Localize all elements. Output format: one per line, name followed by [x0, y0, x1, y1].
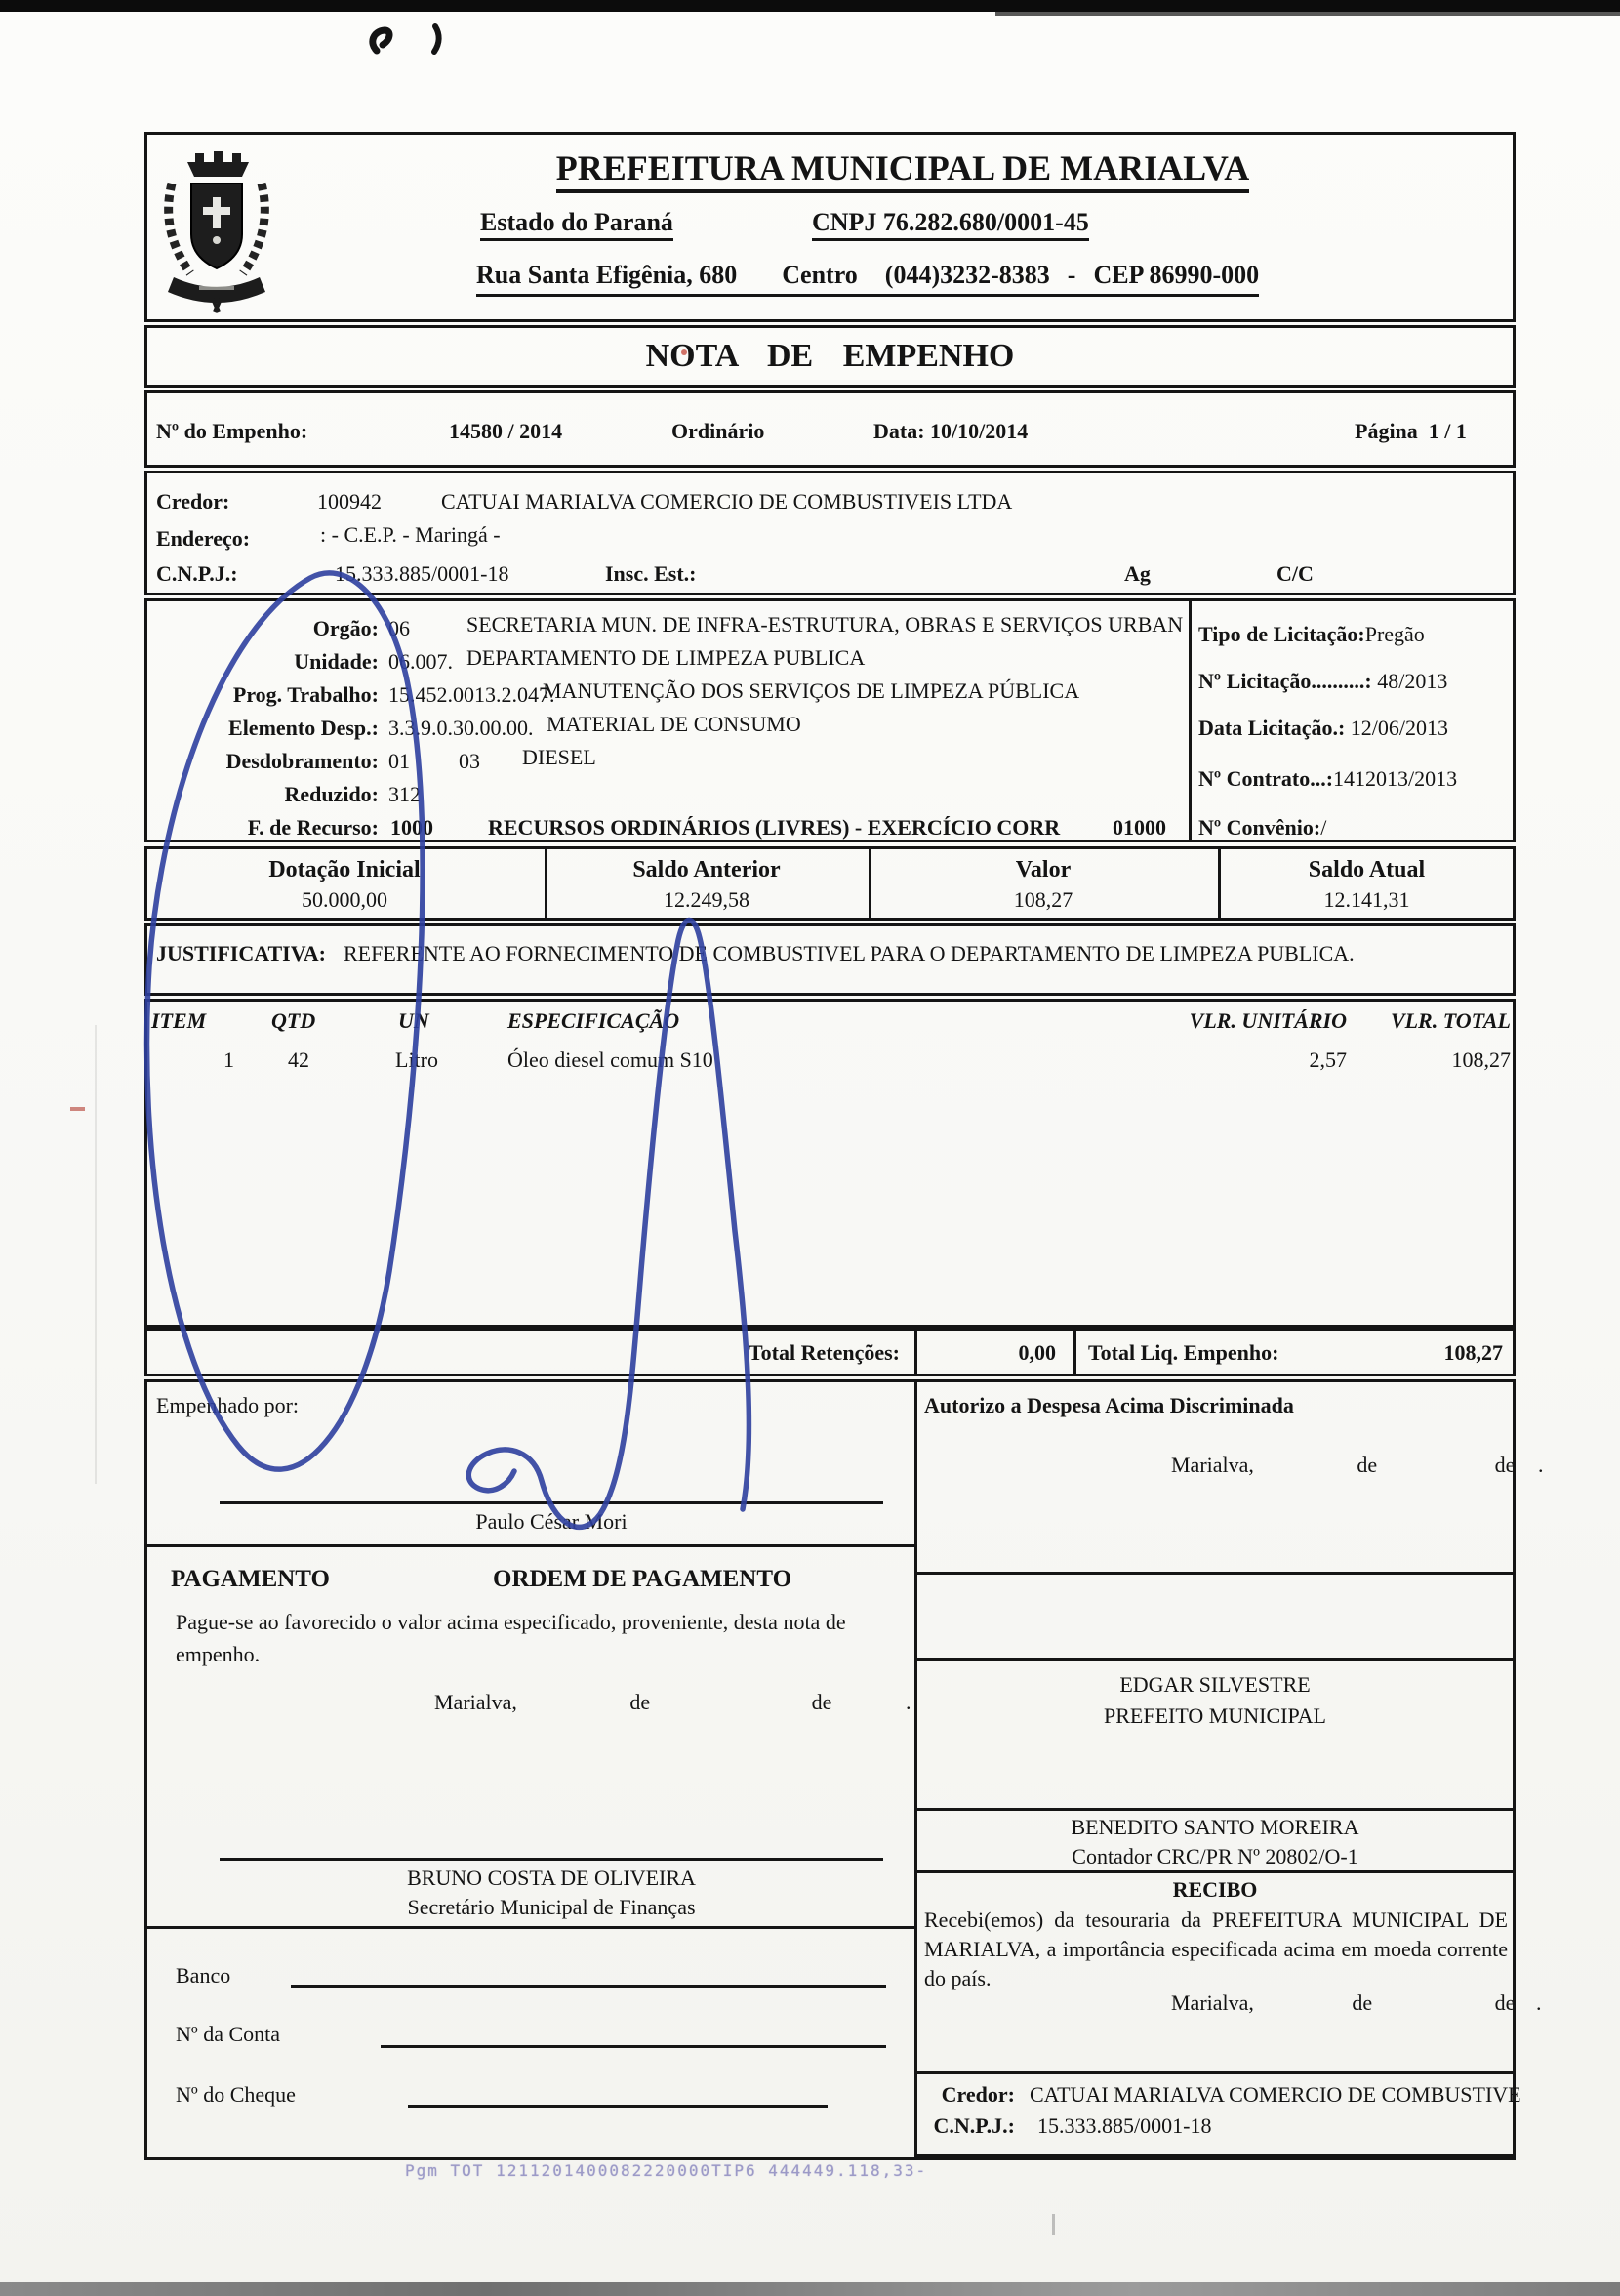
committed-signature-line — [220, 1501, 883, 1504]
empenho-number: 14580 / 2014 — [449, 418, 562, 445]
bidding-contract: Nº Contrato...:1412013/2013 — [1198, 765, 1457, 793]
payment-text: Pague-se ao favorecido o valor acima esp… — [176, 1606, 898, 1670]
budget-row-3-value: 3.3.9.0.30.00.00. — [388, 715, 534, 742]
budget-row-2-desc: MANUTENÇÃO DOS SERVIÇOS DE LIMPEZA PÚBLI… — [543, 677, 1079, 705]
committed-name: Paulo César Mori — [356, 1508, 747, 1536]
authorization-title: Autorizo a Despesa Acima Discriminada — [924, 1392, 1294, 1419]
right-divider-2 — [914, 1658, 1516, 1660]
budget-row-0-desc: SECRETARIA MUN. DE INFRA-ESTRUTURA, OBRA… — [466, 611, 1183, 638]
receipt-cnpj-value: 15.333.885/0001-18 — [1037, 2112, 1211, 2140]
amount-0-label: Dotação Inicial — [144, 855, 545, 884]
letterhead-cnpj: CNPJ 76.282.680/0001-45 — [812, 207, 1089, 239]
net-total-value: 108,27 — [1357, 1339, 1503, 1367]
lower-section — [144, 1379, 1516, 2160]
creditor-address: : - C.E.P. - Maringá - — [320, 521, 501, 549]
committed-by-label: Empenhado por: — [156, 1392, 299, 1419]
receipt-cnpj-label: C.N.P.J.: — [921, 2112, 1015, 2140]
cheque-number-label: Nº do Cheque — [176, 2081, 296, 2109]
scan-fold-line — [95, 1025, 97, 1484]
receipt-creditor-value: CATUAI MARIALVA COMERCIO DE COMBUSTIVE — [1030, 2081, 1521, 2109]
black-ink-marks — [373, 26, 439, 52]
empenho-number-label: Nº do Empenho: — [156, 418, 307, 445]
scanned-document-page: PREFEITURA MUNICIPAL DE MARIALVA Estado … — [0, 0, 1620, 2296]
budget-row-1-value: 06.007. — [388, 648, 453, 676]
receipt-text: Recebi(emos) da tesouraria da PREFEITURA… — [924, 1906, 1508, 1993]
creditor-label: Credor: — [156, 488, 229, 515]
bidding-type: Tipo de Licitação:Pregão — [1198, 621, 1425, 648]
budget-row-4-value: 01 — [388, 748, 410, 775]
bidding-number: Nº Licitação..........: 48/2013 — [1198, 668, 1447, 695]
budget-row-2-label: Prog. Trabalho: — [156, 681, 379, 709]
form-title: NOTA DE EMPENHO — [144, 336, 1516, 378]
budget-row-4-value2: 03 — [459, 748, 480, 775]
accountant-name: BENEDITO SANTO MOREIRA — [963, 1814, 1467, 1841]
budget-row-6-desc: RECURSOS ORDINÁRIOS (LIVRES) - EXERCÍCIO… — [488, 814, 1060, 841]
budget-row-4-label: Desdobramento: — [156, 748, 379, 775]
right-divider-1 — [914, 1572, 1516, 1575]
amount-0-value: 50.000,00 — [144, 886, 545, 914]
receipt-title: RECIBO — [914, 1876, 1516, 1904]
budget-row-3-desc: MATERIAL DE CONSUMO — [547, 711, 801, 738]
amount-3-value: 12.141,31 — [1218, 886, 1516, 914]
budget-row-0-label: Orgão: — [156, 615, 379, 642]
left-divider-2 — [144, 1926, 914, 1929]
receipt-creditor-box-bottom — [914, 2154, 1516, 2157]
address-phone: (044)3232-8383 — [885, 261, 1050, 289]
creditor-cnpj: 15.333.885/0001-18 — [335, 560, 508, 588]
payment-title: PAGAMENTO — [171, 1564, 330, 1594]
amount-1-value: 12.249,58 — [545, 886, 869, 914]
empenho-date: Data: 10/10/2014 — [873, 418, 1028, 445]
receipt-creditor-box-top — [914, 2071, 1516, 2074]
bidding-agreement: Nº Convênio:/ — [1198, 814, 1326, 841]
empenho-number-row — [144, 390, 1516, 468]
amount-3-label: Saldo Atual — [1218, 855, 1516, 884]
budget-row-6-code: 01000 — [1113, 814, 1166, 841]
budget-row-4-desc: DIESEL — [522, 744, 596, 771]
amount-2-label: Valor — [869, 855, 1218, 884]
justification-label: JUSTIFICATIVA: — [156, 940, 326, 967]
bank-label: Banco — [176, 1962, 230, 1989]
letterhead-state: Estado do Paraná — [480, 207, 673, 239]
creditor-address-label: Endereço: — [156, 525, 250, 553]
net-total-label: Total Liq. Empenho: — [1088, 1339, 1278, 1367]
item-row-item: 1 — [181, 1046, 234, 1074]
item-row-unit-value: 2,57 — [1152, 1046, 1347, 1074]
payment-city-line: Marialva, de de . — [434, 1689, 911, 1716]
budget-row-5-label: Reduzido: — [156, 781, 379, 808]
letterhead-address: Rua Santa Efigênia, 680Centro(044)3232-8… — [476, 260, 1259, 297]
budget-row-3-label: Elemento Desp.: — [156, 715, 379, 742]
right-divider-4 — [914, 1870, 1516, 1873]
agency-label: Ag — [1124, 560, 1151, 588]
lower-columns-divider — [914, 1379, 917, 2160]
letterhead-title-wrap: PREFEITURA MUNICIPAL DE MARIALVA — [303, 146, 1503, 190]
item-row-qty: 42 — [288, 1046, 309, 1074]
amount-2-value: 108,27 — [869, 886, 1218, 914]
left-divider-1 — [144, 1544, 914, 1547]
scan-bottom-edge — [0, 2282, 1620, 2296]
cheque-fill-line — [408, 2105, 828, 2108]
bidding-date: Data Licitação.: 12/06/2013 — [1198, 715, 1448, 742]
red-dash-artifact — [70, 1107, 85, 1111]
budget-row-2-value: 15.452.0013.2.047. — [388, 681, 555, 709]
mayor-name: EDGAR SILVESTRE — [963, 1671, 1467, 1699]
budget-row-0-value: 06 — [388, 615, 410, 642]
empenho-type: Ordinário — [671, 418, 764, 445]
payment-order-title: ORDEM DE PAGAMENTO — [493, 1564, 791, 1594]
right-divider-3 — [914, 1808, 1516, 1811]
creditor-cnpj-label: C.N.P.J.: — [156, 560, 238, 588]
totals-divider-2 — [1073, 1328, 1076, 1376]
address-dash: - — [1068, 261, 1076, 289]
address-street: Rua Santa Efigênia, 680 — [476, 261, 737, 289]
receipt-creditor-label: Credor: — [924, 2081, 1015, 2109]
authorization-city-line: Marialva, de de . — [1171, 1452, 1543, 1479]
amount-1-label: Saldo Anterior — [545, 855, 869, 884]
mayor-title: PREFEITO MUNICIPAL — [963, 1702, 1467, 1730]
totals-divider-1 — [914, 1328, 917, 1376]
address-district: Centro — [782, 261, 858, 289]
budget-row-6-label: F. de Recurso: — [156, 814, 379, 841]
budget-bidding-divider — [1189, 598, 1192, 842]
letterhead-title: PREFEITURA MUNICIPAL DE MARIALVA — [556, 148, 1249, 193]
page-indicator: Página 1 / 1 — [1355, 418, 1467, 445]
payment-signature-line — [220, 1858, 883, 1861]
item-row-spec: Óleo diesel comum S10 — [507, 1046, 713, 1074]
scan-top-edge-smudge — [995, 12, 1620, 16]
address-cep: CEP 86990-000 — [1093, 261, 1259, 289]
payment-signer-title: Secretário Municipal de Finanças — [307, 1894, 795, 1921]
receipt-city-line: Marialva, de de . — [1171, 1989, 1541, 2017]
bank-stamp-text: Pgm TOT 1211201400082220000TIP6 444449.1… — [405, 2161, 927, 2180]
accountant-title: Contador CRC/PR Nº 20802/O-1 — [963, 1843, 1467, 1870]
budget-row-1-label: Unidade: — [156, 648, 379, 676]
creditor-name: CATUAI MARIALVA COMERCIO DE COMBUSTIVEIS… — [441, 488, 1012, 515]
justification-text: REFERENTE AO FORNECIMENTO DE COMBUSTIVEL… — [344, 940, 1355, 967]
bank-fill-line — [291, 1985, 886, 1988]
small-tick-artifact — [1052, 2214, 1055, 2235]
items-header-spec: ESPECIFICAÇÃO — [507, 1007, 679, 1035]
account-label: C/C — [1276, 560, 1314, 588]
account-number-label: Nº da Conta — [176, 2021, 280, 2048]
retentions-label: Total Retenções: — [586, 1339, 900, 1367]
state-registration-label: Insc. Est.: — [605, 560, 697, 588]
item-row-unit: Litro — [395, 1046, 438, 1074]
item-row-total-value: 108,27 — [1364, 1046, 1511, 1074]
budget-row-1-desc: DEPARTAMENTO DE LIMPEZA PUBLICA — [466, 644, 865, 672]
retentions-value: 0,00 — [927, 1339, 1056, 1367]
budget-row-6-value: 1000 — [390, 814, 433, 841]
creditor-code: 100942 — [317, 488, 382, 515]
items-header-total-value: VLR. TOTAL — [1364, 1007, 1511, 1035]
payment-signer-name: BRUNO COSTA DE OLIVEIRA — [307, 1865, 795, 1892]
items-header-unit-value: VLR. UNITÁRIO — [1152, 1007, 1347, 1035]
items-header-unit: UN — [398, 1007, 429, 1035]
items-header-qty: QTD — [271, 1007, 315, 1035]
account-fill-line — [381, 2045, 886, 2048]
items-header-item: ITEM — [151, 1007, 206, 1035]
scan-top-edge — [0, 0, 1620, 12]
budget-row-5-value: 312 — [388, 781, 421, 808]
